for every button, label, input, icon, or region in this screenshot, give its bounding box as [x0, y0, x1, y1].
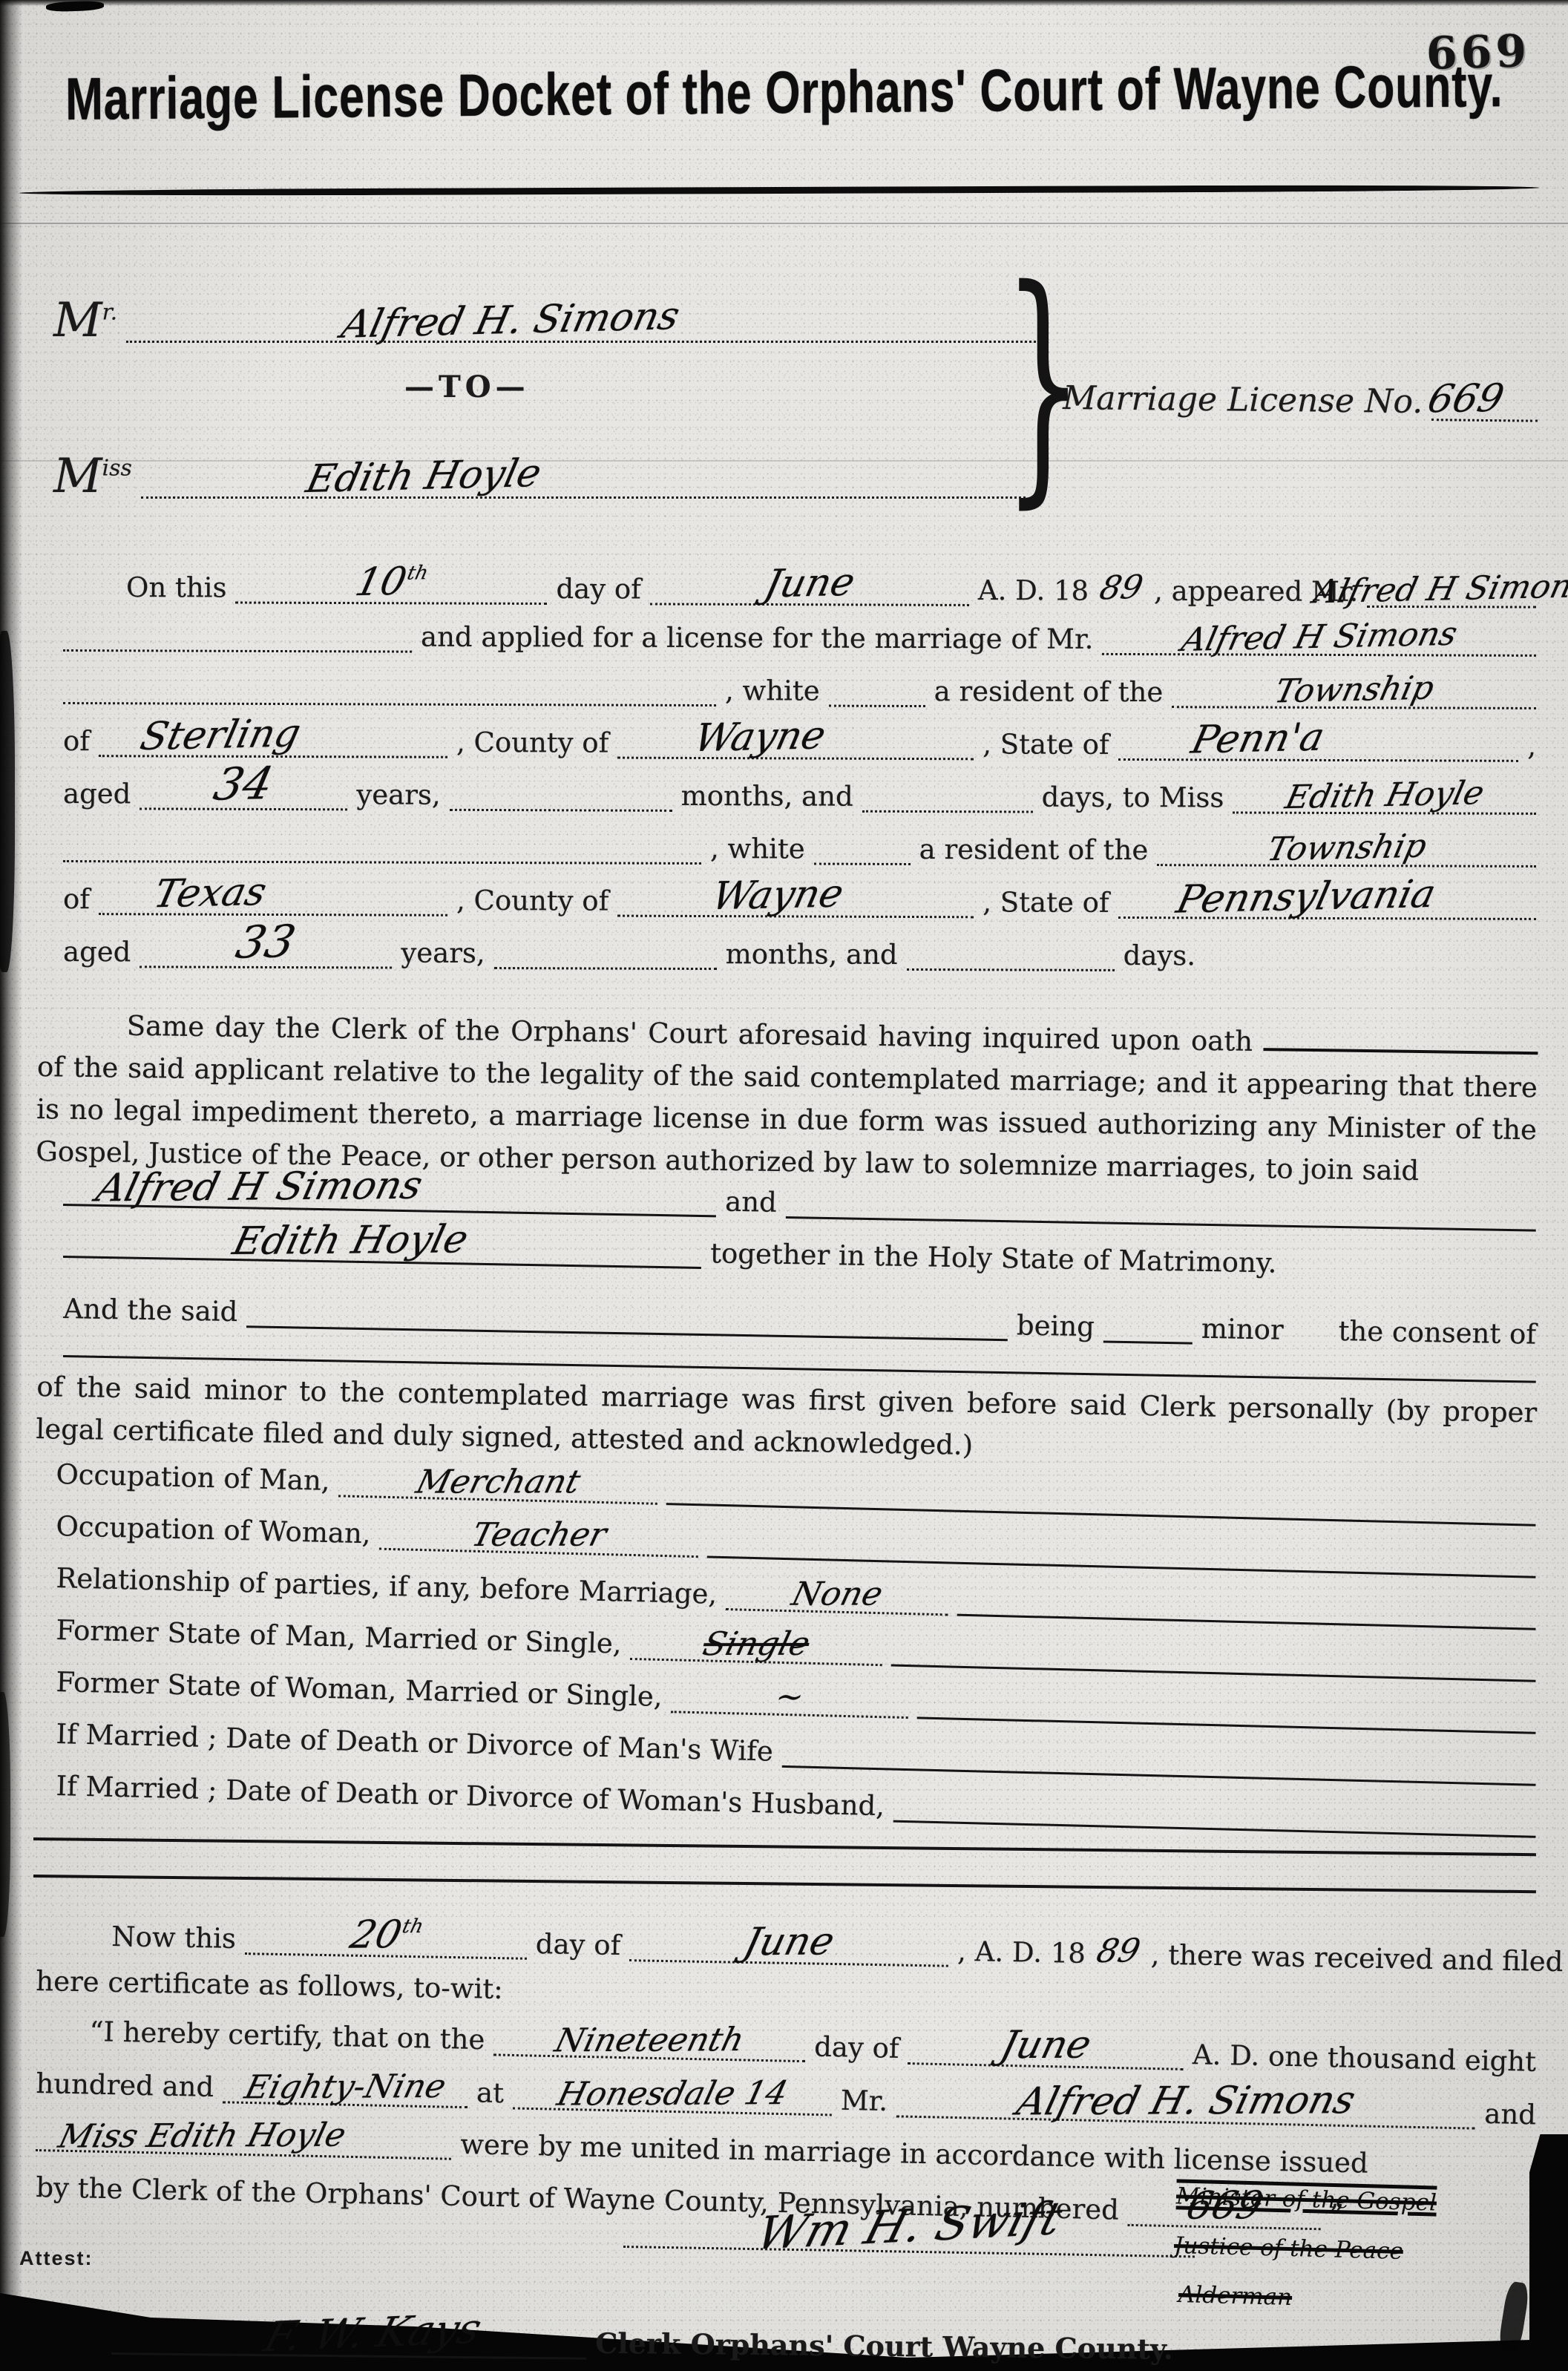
to-label: —TO— — [404, 370, 530, 404]
certificate-day-of-label: day of — [814, 2030, 899, 2064]
certificate-and-label: and — [1484, 2098, 1536, 2131]
bride-name-handwritten: Edith Hoyle — [303, 451, 546, 502]
state-handwritten: Penn'a — [1187, 715, 1328, 763]
residence-type-2-handwritten: Township — [1263, 827, 1429, 869]
and-label: and — [725, 1186, 777, 1219]
ad-thousand-label: A. D. one thousand eight — [1193, 2039, 1537, 2078]
mr-prefix: Mr. — [53, 300, 117, 343]
application-line-5: aged 34 years, months, and days, to Miss… — [63, 778, 1536, 815]
of-label-2: of — [63, 883, 90, 915]
separator-rule-2 — [33, 1864, 1536, 1893]
application-line-3: , white a resident of the Township — [63, 672, 1536, 709]
certificate-groom-handwritten: Alfred H. Simons — [1013, 2078, 1360, 2124]
scan-mark — [0, 1692, 10, 1937]
at-label: at — [476, 2076, 505, 2109]
now-this-label: Now this — [111, 1921, 236, 1955]
mr-main: M — [53, 293, 102, 348]
matrimony-label: together in the Holy State of Matrimony. — [710, 1237, 1277, 1279]
being-label: being — [1017, 1309, 1095, 1342]
residence-type-handwritten: Township — [1270, 669, 1437, 711]
certificate-line-3: Miss Edith Hoyle were by me united in ma… — [36, 2119, 1536, 2183]
days-to-label: days, to Miss — [1042, 781, 1224, 814]
and-the-said-label: And the said — [63, 1293, 238, 1328]
license-number-label: Marriage License No. — [1063, 379, 1423, 421]
aged-label: aged — [63, 778, 131, 810]
ghost-line — [0, 223, 1568, 224]
county-handwritten: Wayne — [690, 713, 830, 761]
year-handwritten: 89 — [1096, 568, 1147, 608]
certificate-follows-label: here certificate as follows, to-wit: — [36, 1965, 503, 2005]
occupation-man-label: Occupation of Man, — [56, 1458, 330, 1497]
occupation-man-value: Merchant — [413, 1463, 584, 1501]
officiant-signature-line: Wm H. Swift — [623, 2235, 1195, 2257]
aged-label-2: aged — [63, 936, 131, 968]
relationship-value: None — [788, 1575, 887, 1613]
certificate-mr-label: Mr. — [840, 2085, 888, 2117]
groom-line: Mr. Alfred H. Simons — [53, 261, 1040, 343]
ad-label: A. D. 18 — [978, 574, 1089, 607]
join-groom-handwritten: Alfred H Simons — [92, 1164, 427, 1210]
day-ordinal: th — [405, 562, 430, 585]
month-handwritten: June — [760, 560, 859, 607]
page-title: Marriage License Docket of the Orphans' … — [0, 64, 1568, 120]
months-label-2: months, and — [726, 938, 898, 971]
clerk-title-label: Clerk Orphans' Court Wayne County. — [595, 2326, 1173, 2366]
death-divorce-wife-label: If Married ; Date of Death or Divorce of… — [56, 1718, 773, 1768]
certificate-month-handwritten: June — [996, 2023, 1095, 2067]
application-line-8: aged 33 years, months, and days. — [63, 936, 1536, 973]
consent-label: the consent of — [1338, 1315, 1536, 1351]
application-line-2: and applied for a license for the marria… — [63, 620, 1536, 657]
received-label: , there was received and filed — [1151, 1938, 1564, 1978]
united-text: were by me united in marriage in accorda… — [460, 2128, 1368, 2180]
join-bride-handwritten: Edith Hoyle — [229, 1218, 473, 1264]
to-divider: —TO— — [404, 370, 530, 404]
white-label-2: , white — [710, 833, 805, 865]
years-label-2: years, — [401, 937, 485, 969]
clerk-paragraph-text-1: Same day the Clerk of the Orphans' Court… — [126, 1010, 1253, 1057]
age-2-handwritten: 33 — [232, 916, 301, 969]
certificate-place-handwritten: Honesdale 14 — [554, 2074, 792, 2113]
filing-day-handwritten: 20th — [346, 1912, 426, 1958]
white-label: , white — [725, 675, 820, 706]
filing-day-number: 20 — [346, 1912, 406, 1957]
minor-label: minor — [1201, 1313, 1284, 1346]
of-label: of — [63, 725, 90, 757]
county-label: , County of — [456, 727, 608, 759]
filing-line-2: here certificate as follows, to-wit: — [36, 1965, 503, 2005]
scan-mark — [0, 631, 15, 972]
attest-label: Attest: — [19, 2247, 94, 2270]
state-2-handwritten: Pennsylvania — [1172, 872, 1440, 922]
hundred-and-label: hundred and — [36, 2067, 214, 2103]
day-number: 10 — [352, 560, 411, 605]
scan-mark — [46, 1, 104, 13]
place-2-handwritten: Texas — [150, 870, 271, 916]
page-title-text: Marriage License Docket of the Orphans' … — [65, 51, 1503, 134]
place-handwritten: Sterling — [137, 711, 305, 759]
struck-title-justice: Justice of the Peace — [1174, 2232, 1404, 2265]
occupation-woman-value: Teacher — [468, 1516, 611, 1554]
county-label-2: , County of — [456, 885, 608, 917]
bride-handwritten: Edith Hoyle — [1282, 774, 1487, 816]
appeared-name-handwritten: Alfred H Simons — [1311, 567, 1568, 611]
miss-prefix: Miss — [53, 456, 132, 499]
mr-sup: r. — [102, 300, 118, 326]
license-number-handwritten: 669 — [1423, 376, 1508, 422]
certificate-bride-handwritten: Miss Edith Hoyle — [55, 2116, 350, 2156]
relationship-label: Relationship of parties, if any, before … — [56, 1562, 718, 1610]
groom-name-handwritten: Alfred H. Simons — [337, 294, 683, 347]
age-handwritten: 34 — [209, 758, 278, 811]
comma-label: , — [1527, 730, 1536, 762]
scanned-document-page: Marriage License Docket of the Orphans' … — [0, 0, 1568, 2371]
applied-label: and applied for a license for the marria… — [421, 621, 1093, 655]
application-line-6: , white a resident of the Township — [63, 830, 1536, 868]
certify-opening: “I hereby certify, that on the — [89, 2016, 485, 2056]
applicant-name-handwritten: Alfred H Simons — [1178, 615, 1460, 659]
resident-label: a resident of the — [934, 675, 1164, 708]
application-line-7: of Texas , County of Wayne , State of Pe… — [63, 883, 1536, 920]
clerk-signature-handwritten: F. W. Kays — [258, 2305, 487, 2362]
death-divorce-husband-label: If Married ; Date of Death or Divorce of… — [56, 1770, 885, 1822]
state-label: , State of — [983, 728, 1109, 761]
certificate-year-handwritten: Eighty-Nine — [241, 2067, 450, 2106]
former-state-man-value: Single — [699, 1625, 813, 1663]
scan-edge-left — [0, 0, 22, 2371]
filing-month-handwritten: June — [739, 1920, 839, 1965]
days-label-2: days. — [1123, 939, 1196, 971]
miss-sup: iss — [102, 456, 132, 482]
minor-paragraph: of the said minor to the contemplated ma… — [36, 1365, 1538, 1476]
header-rule — [19, 184, 1539, 196]
license-number-line: Marriage License No. 669 — [1063, 350, 1538, 422]
filing-year-handwritten: 89 — [1093, 1932, 1144, 1970]
county-2-handwritten: Wayne — [708, 871, 847, 919]
resident-label-2: a resident of the — [919, 833, 1149, 866]
inline-rule — [1263, 1040, 1538, 1055]
bride-line: Miss Edith Hoyle — [53, 417, 1026, 499]
day-of-label: day of — [556, 573, 641, 605]
months-label: months, and — [681, 780, 853, 813]
on-this-label: On this — [126, 571, 227, 603]
former-state-woman-value: ~ — [772, 1678, 809, 1716]
miss-main: M — [53, 449, 102, 504]
years-label: years, — [356, 778, 440, 810]
former-state-woman-label: Former State of Woman, Married or Single… — [56, 1666, 663, 1713]
occupation-woman-label: Occupation of Woman, — [56, 1510, 371, 1549]
certificate-day-handwritten: Nineteenth — [551, 2021, 748, 2059]
state-label-2: , State of — [983, 886, 1109, 919]
filing-day-of-label: day of — [536, 1928, 621, 1961]
join-line-bride: Edith Hoyle together in the Holy State o… — [63, 1226, 1536, 1284]
application-line-1: On this 10th day of June A. D. 1889 , ap… — [126, 565, 1536, 609]
struck-title-alderman: Alderman — [1178, 2281, 1293, 2311]
filing-ad-label: , A. D. 18 — [957, 1935, 1086, 1970]
scan-edge-top — [0, 0, 1568, 6]
minor-line: And the said being minor the consent of — [63, 1293, 1536, 1351]
docket-number-stamp: 669 — [1426, 25, 1531, 80]
day-value-handwritten: 10th — [352, 559, 432, 605]
former-state-man-label: Former State of Man, Married or Single, — [56, 1614, 622, 1660]
filing-day-ordinal: th — [400, 1915, 426, 1938]
filing-line: Now this 20th day of June , A. D. 1889 ,… — [111, 1915, 1537, 1978]
application-line-4: of Sterling , County of Wayne , State of… — [63, 725, 1536, 762]
